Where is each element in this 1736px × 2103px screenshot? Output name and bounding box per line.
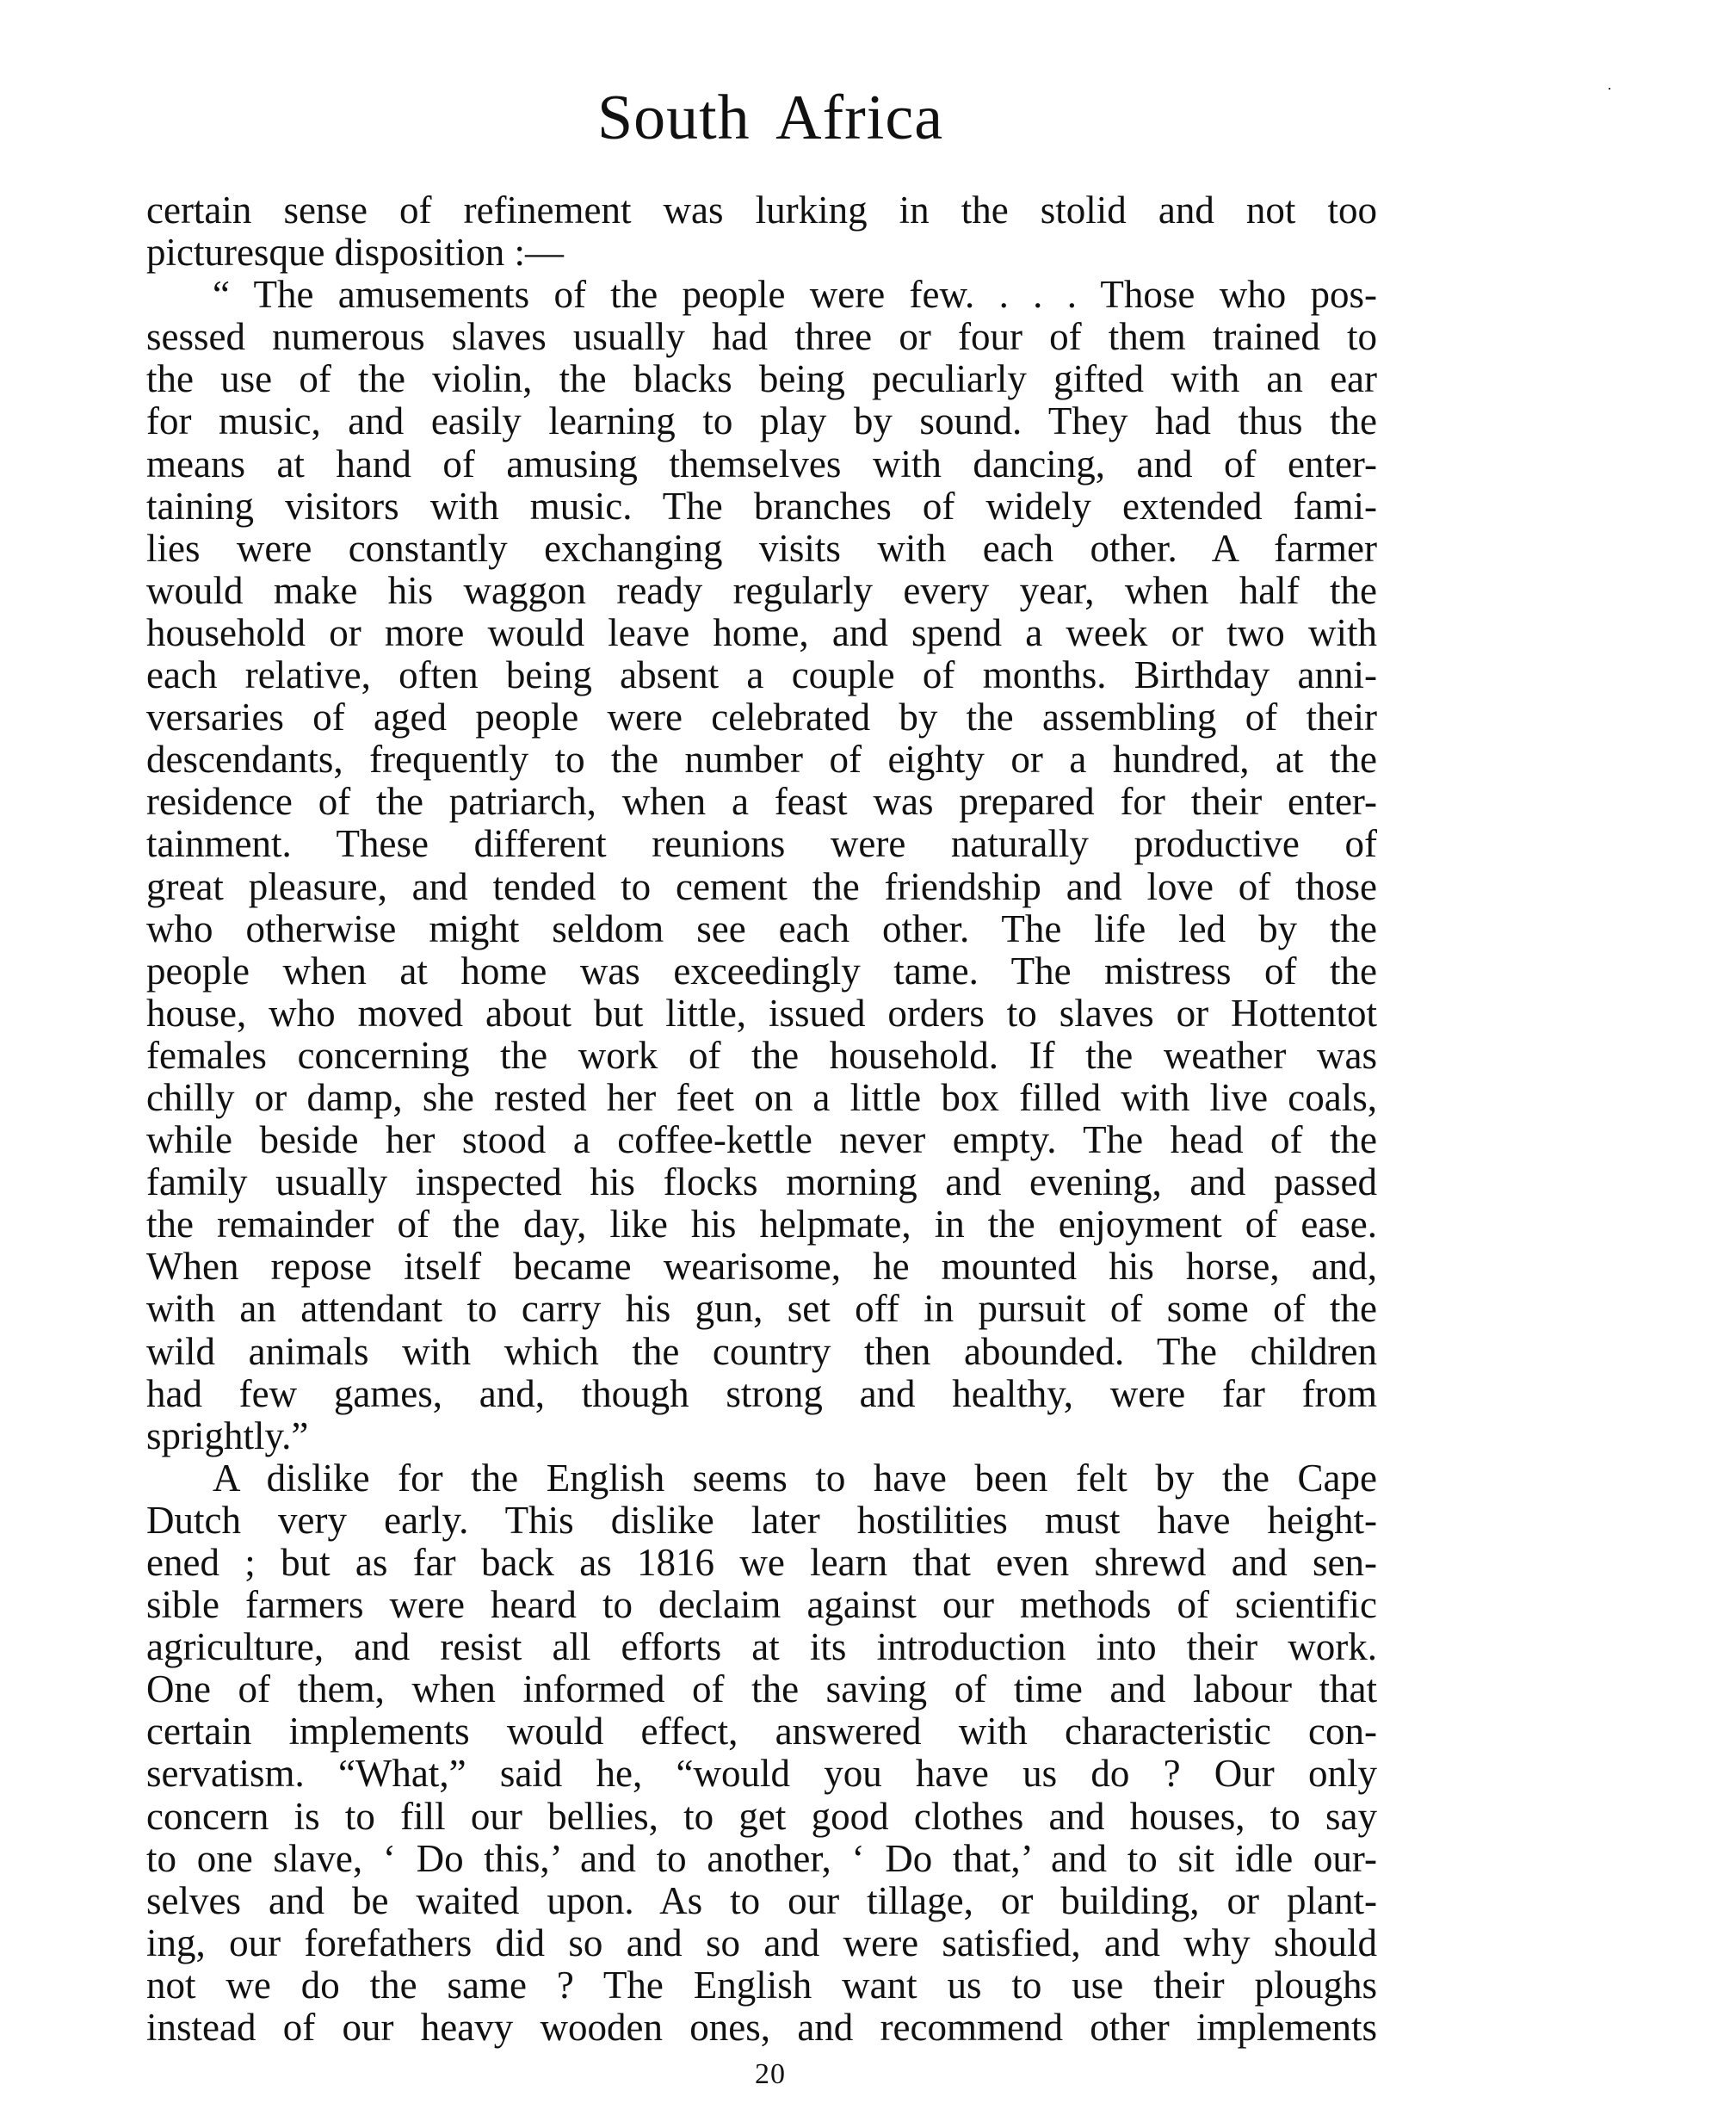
text-line: to one slave, ‘ Do this,’ and to another… [146, 1838, 1377, 1880]
text-line: had few games, and, though strong and he… [146, 1373, 1377, 1415]
text-line: sprightly.” [146, 1415, 1377, 1457]
text-line: versaries of aged people were celebrated… [146, 696, 1377, 739]
text-line: concern is to fill our bellies, to get g… [146, 1796, 1377, 1838]
text-line: certain sense of refinement was lurking … [146, 189, 1377, 232]
text-line: for music, and easily learning to play b… [146, 400, 1377, 442]
text-line: Dutch very early. This dislike later hos… [146, 1500, 1377, 1542]
text-line: not we do the same ? The English want us… [146, 1964, 1377, 2007]
text-line: would make his waggon ready regularly ev… [146, 570, 1377, 612]
text-line: family usually inspected his flocks morn… [146, 1161, 1377, 1203]
text-line: When repose itself became wearisome, he … [146, 1246, 1377, 1288]
text-line: the remainder of the day, like his helpm… [146, 1203, 1377, 1246]
text-line: tainment. These different reunions were … [146, 823, 1377, 865]
text-line: great pleasure, and tended to cement the… [146, 866, 1377, 908]
text-line: One of them, when informed of the saving… [146, 1668, 1377, 1710]
text-line: picturesque disposition :— [146, 232, 1377, 274]
text-line: sessed numerous slaves usually had three… [146, 316, 1377, 358]
text-line: sible farmers were heard to declaim agai… [146, 1584, 1377, 1626]
page-number: 20 [0, 2057, 1541, 2092]
text-line: with an attendant to carry his gun, set … [146, 1288, 1377, 1330]
text-line: ened ; but as far back as 1816 we learn … [146, 1542, 1377, 1584]
text-line: agriculture, and resist all efforts at i… [146, 1626, 1377, 1668]
text-line: taining visitors with music. The branche… [146, 486, 1377, 528]
text-line: people when at home was exceedingly tame… [146, 950, 1377, 993]
text-line: while beside her stood a coffee-kettle n… [146, 1119, 1377, 1161]
body-text: certain sense of refinement was lurking … [146, 189, 1377, 2049]
text-line: “ The amusements of the people were few.… [146, 274, 1377, 316]
scan-speck [1609, 88, 1610, 90]
text-line: each relative, often being absent a coup… [146, 654, 1377, 696]
text-line: females concerning the work of the house… [146, 1035, 1377, 1077]
text-line: house, who moved about but little, issue… [146, 993, 1377, 1035]
text-line: descendants, frequently to the number of… [146, 739, 1377, 781]
text-line: chilly or damp, she rested her feet on a… [146, 1077, 1377, 1119]
text-line: household or more would leave home, and … [146, 612, 1377, 654]
text-line: ing, our forefathers did so and so and w… [146, 1922, 1377, 1964]
text-line: who otherwise might seldom see each othe… [146, 908, 1377, 950]
running-head: South Africa [0, 79, 1541, 157]
text-line: instead of our heavy wooden ones, and re… [146, 2007, 1377, 2049]
text-line: servatism. “What,” said he, “would you h… [146, 1753, 1377, 1795]
text-line: residence of the patriarch, when a feast… [146, 781, 1377, 823]
text-line: means at hand of amusing themselves with… [146, 443, 1377, 486]
text-line: selves and be waited upon. As to our til… [146, 1880, 1377, 1922]
text-line: wild animals with which the country then… [146, 1331, 1377, 1373]
text-line: A dislike for the English seems to have … [146, 1457, 1377, 1500]
text-line: the use of the violin, the blacks being … [146, 358, 1377, 400]
text-line: lies were constantly exchanging visits w… [146, 528, 1377, 570]
text-line: certain implements would effect, answere… [146, 1710, 1377, 1753]
